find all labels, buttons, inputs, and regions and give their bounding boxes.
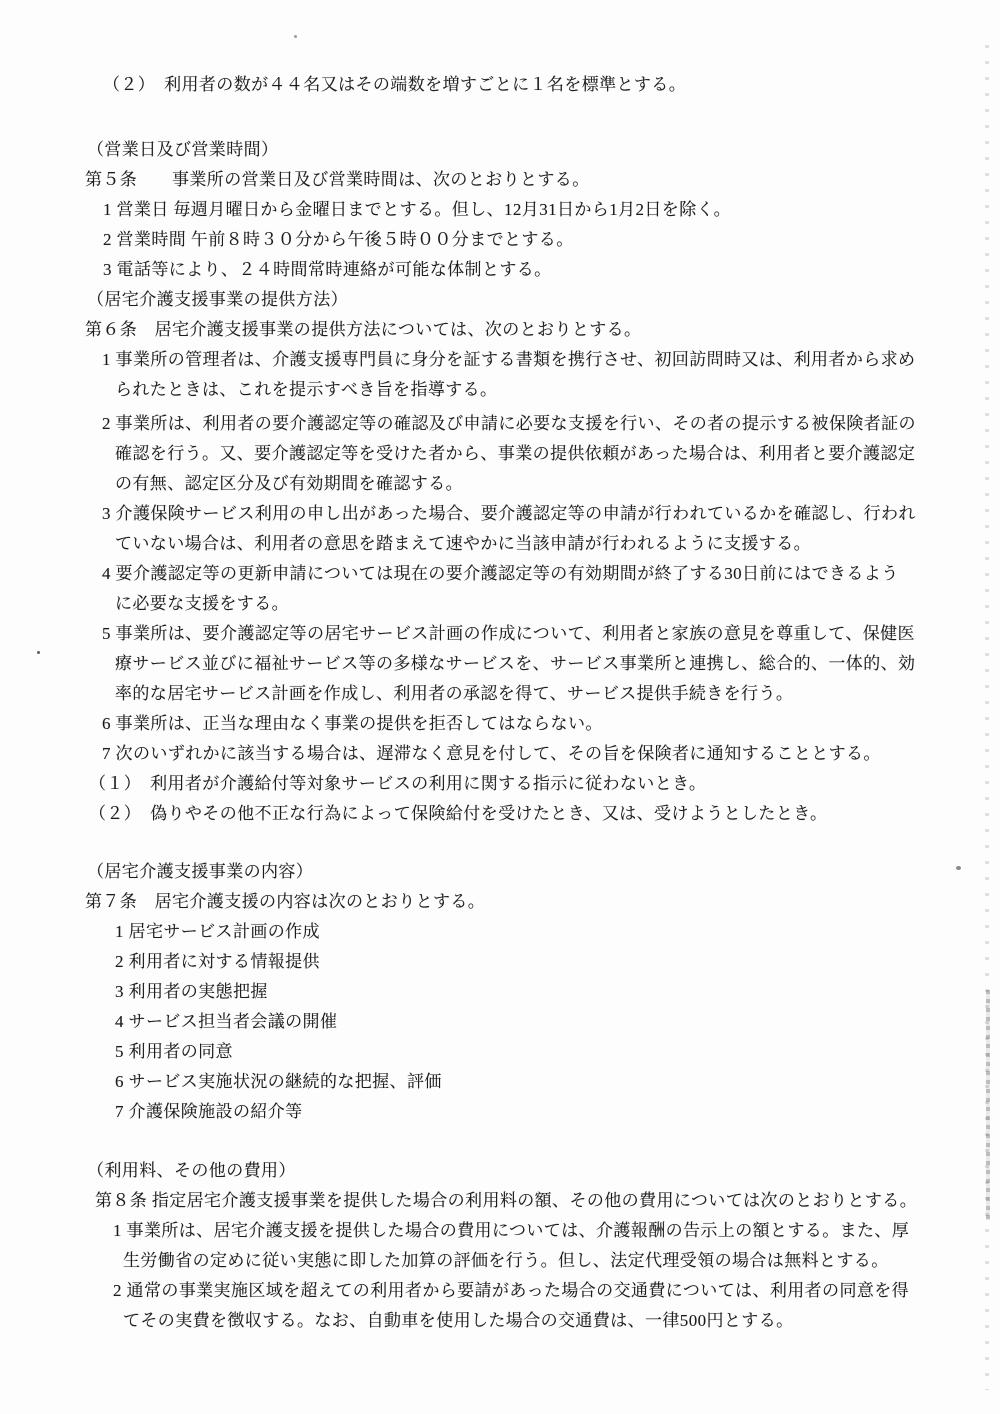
document-body: （２） 利用者の数が４４名又はその端数を増すごとに１名を標準とする。 （営業日及…: [0, 70, 1000, 1336]
scan-speck: [956, 866, 961, 870]
article-7-item-5: 5 利用者の同意: [115, 1037, 1000, 1067]
scanned-document-page: （２） 利用者の数が４４名又はその端数を増すごとに１名を標準とする。 （営業日及…: [0, 0, 1000, 1414]
scan-speck: [37, 651, 40, 654]
article-6-item-5-cont: 率的な居宅サービス計画を作成し、利用者の承認を得て、サービス提供手続きを行う。: [115, 679, 1000, 709]
article-6-item-4: 4 要介護認定等の更新申請については現在の要介護認定等の有効期間が終了する30日…: [102, 559, 1000, 589]
article-7-item-4: 4 サービス担当者会議の開催: [115, 1007, 1000, 1037]
scan-speck: [294, 35, 297, 38]
article-6-item-3: 3 介護保険サービス利用の申し出があった場合、要介護認定等の申請が行われているか…: [102, 499, 1000, 529]
section-heading-business-hours: （営業日及び営業時間）: [87, 135, 1000, 165]
article-8-item-1: 1 事業所は、居宅介護支援を提供した場合の費用については、介護報酬の告示上の額と…: [113, 1216, 1000, 1246]
article-6-item-7-sub-1: （１） 利用者が介護給付等対象サービスの利用に関する指示に従わないとき。: [89, 769, 1000, 799]
article-7-item-3: 3 利用者の実態把握: [115, 977, 1000, 1007]
article-5-item-3: 3 電話等により、２４時間常時連絡が可能な体制とする。: [103, 255, 1000, 285]
article-6-heading: 第６条 居宅介護支援事業の提供方法については、次のとおりとする。: [85, 315, 1000, 345]
article-6-item-6: 6 事業所は、正当な理由なく事業の提供を拒否してはならない。: [102, 709, 1000, 739]
article-7-heading: 第７条 居宅介護支援の内容は次のとおりとする。: [85, 887, 1000, 917]
article-5-heading: 第５条 事業所の営業日及び営業時間は、次のとおりとする。: [85, 165, 1000, 195]
article-6-item-2-cont: の有無、認定区分及び有効期間を確認する。: [115, 469, 1000, 499]
article-6-item-5-cont: 療サービス並びに福祉サービス等の多様なサービスを、サービス事業所と連携し、総合的…: [115, 649, 1000, 679]
article-8-item-2: 2 通常の事業実施区域を超えての利用者から要請があった場合の交通費については、利…: [113, 1276, 1000, 1306]
article-7-item-6: 6 サービス実施状況の継続的な把握、評価: [115, 1067, 1000, 1097]
article-5-item-2: 2 営業時間 午前８時３０分から午後５時００分までとする。: [103, 225, 1000, 255]
clause-2-staffing-standard: （２） 利用者の数が４４名又はその端数を増すごとに１名を標準とする。: [103, 70, 1000, 100]
article-6-item-7: 7 次のいずれかに該当する場合は、遅滞なく意見を付して、その旨を保険者に通知する…: [102, 739, 1000, 769]
article-8-item-1-cont: 生労働省の定めに従い実態に即した加算の評価を行う。但し、法定代理受領の場合は無料…: [123, 1246, 1000, 1276]
article-6-item-4-cont: に必要な支援をする。: [115, 589, 1000, 619]
article-7-item-7: 7 介護保険施設の紹介等: [115, 1097, 1000, 1127]
section-heading-provision-method: （居宅介護支援事業の提供方法）: [87, 285, 1000, 315]
article-8-item-2-cont: てその実費を徴収する。なお、自動車を使用した場合の交通費は、一律500円とする。: [123, 1306, 1000, 1336]
article-6-item-1: 1 事業所の管理者は、介護支援専門員に身分を証する書類を携行させ、初回訪問時又は…: [102, 345, 1000, 375]
section-heading-service-content: （居宅介護支援事業の内容）: [87, 857, 1000, 887]
article-7-item-2: 2 利用者に対する情報提供: [115, 947, 1000, 977]
article-6-item-7-sub-2: （２） 偽りやその他不正な行為によって保険給付を受けたとき、又は、受けようとした…: [89, 799, 1000, 829]
article-6-item-1-cont: られたときは、これを提示すべき旨を指導する。: [115, 375, 1000, 405]
section-heading-fees: （利用料、その他の費用）: [87, 1156, 1000, 1186]
article-6-item-2: 2 事業所は、利用者の要介護認定等の確認及び申請に必要な支援を行い、その者の提示…: [102, 409, 1000, 439]
article-8-heading: 第８条 指定居宅介護支援事業を提供した場合の利用料の額、その他の費用については次…: [95, 1186, 1000, 1216]
article-5-item-1: 1 営業日 毎週月曜日から金曜日までとする。但し、12月31日から1月2日を除く…: [103, 195, 1000, 225]
article-7-item-1: 1 居宅サービス計画の作成: [115, 917, 1000, 947]
article-6-item-5: 5 事業所は、要介護認定等の居宅サービス計画の作成について、利用者と家族の意見を…: [102, 619, 1000, 649]
article-6-item-3-cont: ていない場合は、利用者の意思を踏まえて速やかに当該申請が行われるように支援する。: [115, 529, 1000, 559]
article-6-item-2-cont: 確認を行う。又、要介護認定等を受けた者から、事業の提供依頼があった場合は、利用者…: [115, 439, 1000, 469]
scan-noise-right-edge-dense: [986, 990, 990, 1220]
